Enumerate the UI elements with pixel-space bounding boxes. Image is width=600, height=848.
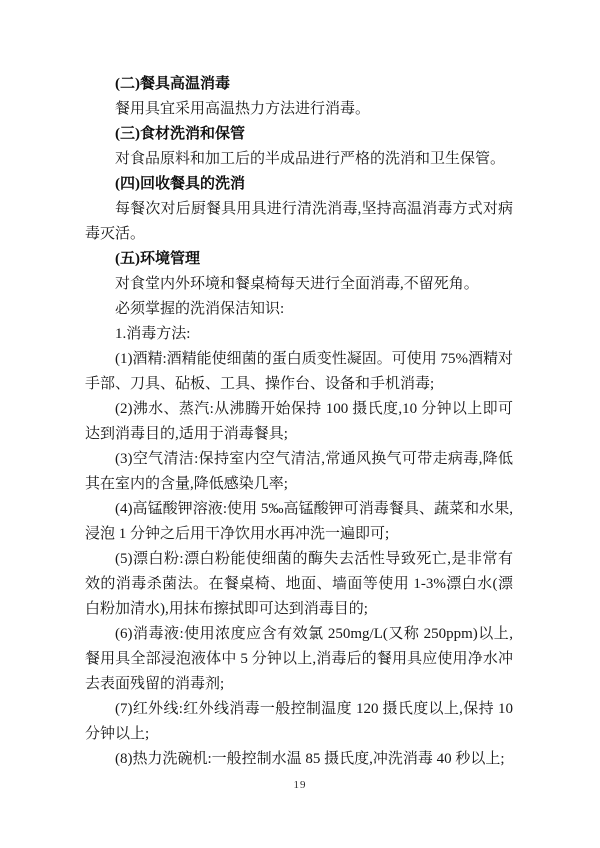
paragraph: 每餐次对后厨餐具用具进行清洗消毒,坚持高温消毒方式对病毒灭活。 [85, 197, 513, 247]
section-heading-2: (二)餐具高温消毒 [85, 72, 513, 97]
section-heading-4: (四)回收餐具的洗消 [85, 172, 513, 197]
paragraph: 对食堂内外环境和餐桌椅每天进行全面消毒,不留死角。 [85, 272, 513, 297]
section-heading-5: (五)环境管理 [85, 247, 513, 272]
list-item-1: (1)酒精:酒精能使细菌的蛋白质变性凝固。可使用 75%酒精对手部、刀具、砧板、… [85, 347, 513, 397]
list-item-3: (3)空气清洁:保持室内空气清洁,常通风换气可带走病毒,降低其在室内的含量,降低… [85, 447, 513, 497]
paragraph: 必须掌握的洗消保洁知识: [85, 297, 513, 322]
list-item-4: (4)高锰酸钾溶液:使用 5‰高锰酸钾可消毒餐具、蔬菜和水果,浸泡 1 分钟之后… [85, 497, 513, 547]
page-footer: 19 [0, 775, 600, 793]
list-intro: 1.消毒方法: [85, 322, 513, 347]
list-item-5: (5)漂白粉:漂白粉能使细菌的酶失去活性导致死亡,是非常有效的消毒杀菌法。在餐桌… [85, 547, 513, 622]
list-item-8: (8)热力洗碗机:一般控制水温 85 摄氏度,冲洗消毒 40 秒以上; [85, 747, 513, 772]
document-body: (二)餐具高温消毒 餐用具宜采用高温热力方法进行消毒。 (三)食材洗消和保管 对… [85, 72, 513, 772]
document-page: (二)餐具高温消毒 餐用具宜采用高温热力方法进行消毒。 (三)食材洗消和保管 对… [0, 0, 600, 848]
list-item-6: (6)消毒液:使用浓度应含有效氯 250mg/L(又称 250ppm)以上,餐用… [85, 622, 513, 697]
list-item-7: (7)红外线:红外线消毒一般控制温度 120 摄氏度以上,保持 10 分钟以上; [85, 697, 513, 747]
page-number: 19 [294, 779, 307, 791]
paragraph: 对食品原料和加工后的半成品进行严格的洗消和卫生保管。 [85, 147, 513, 172]
paragraph: 餐用具宜采用高温热力方法进行消毒。 [85, 97, 513, 122]
section-heading-3: (三)食材洗消和保管 [85, 122, 513, 147]
list-item-2: (2)沸水、蒸汽:从沸腾开始保持 100 摄氏度,10 分钟以上即可达到消毒目的… [85, 397, 513, 447]
